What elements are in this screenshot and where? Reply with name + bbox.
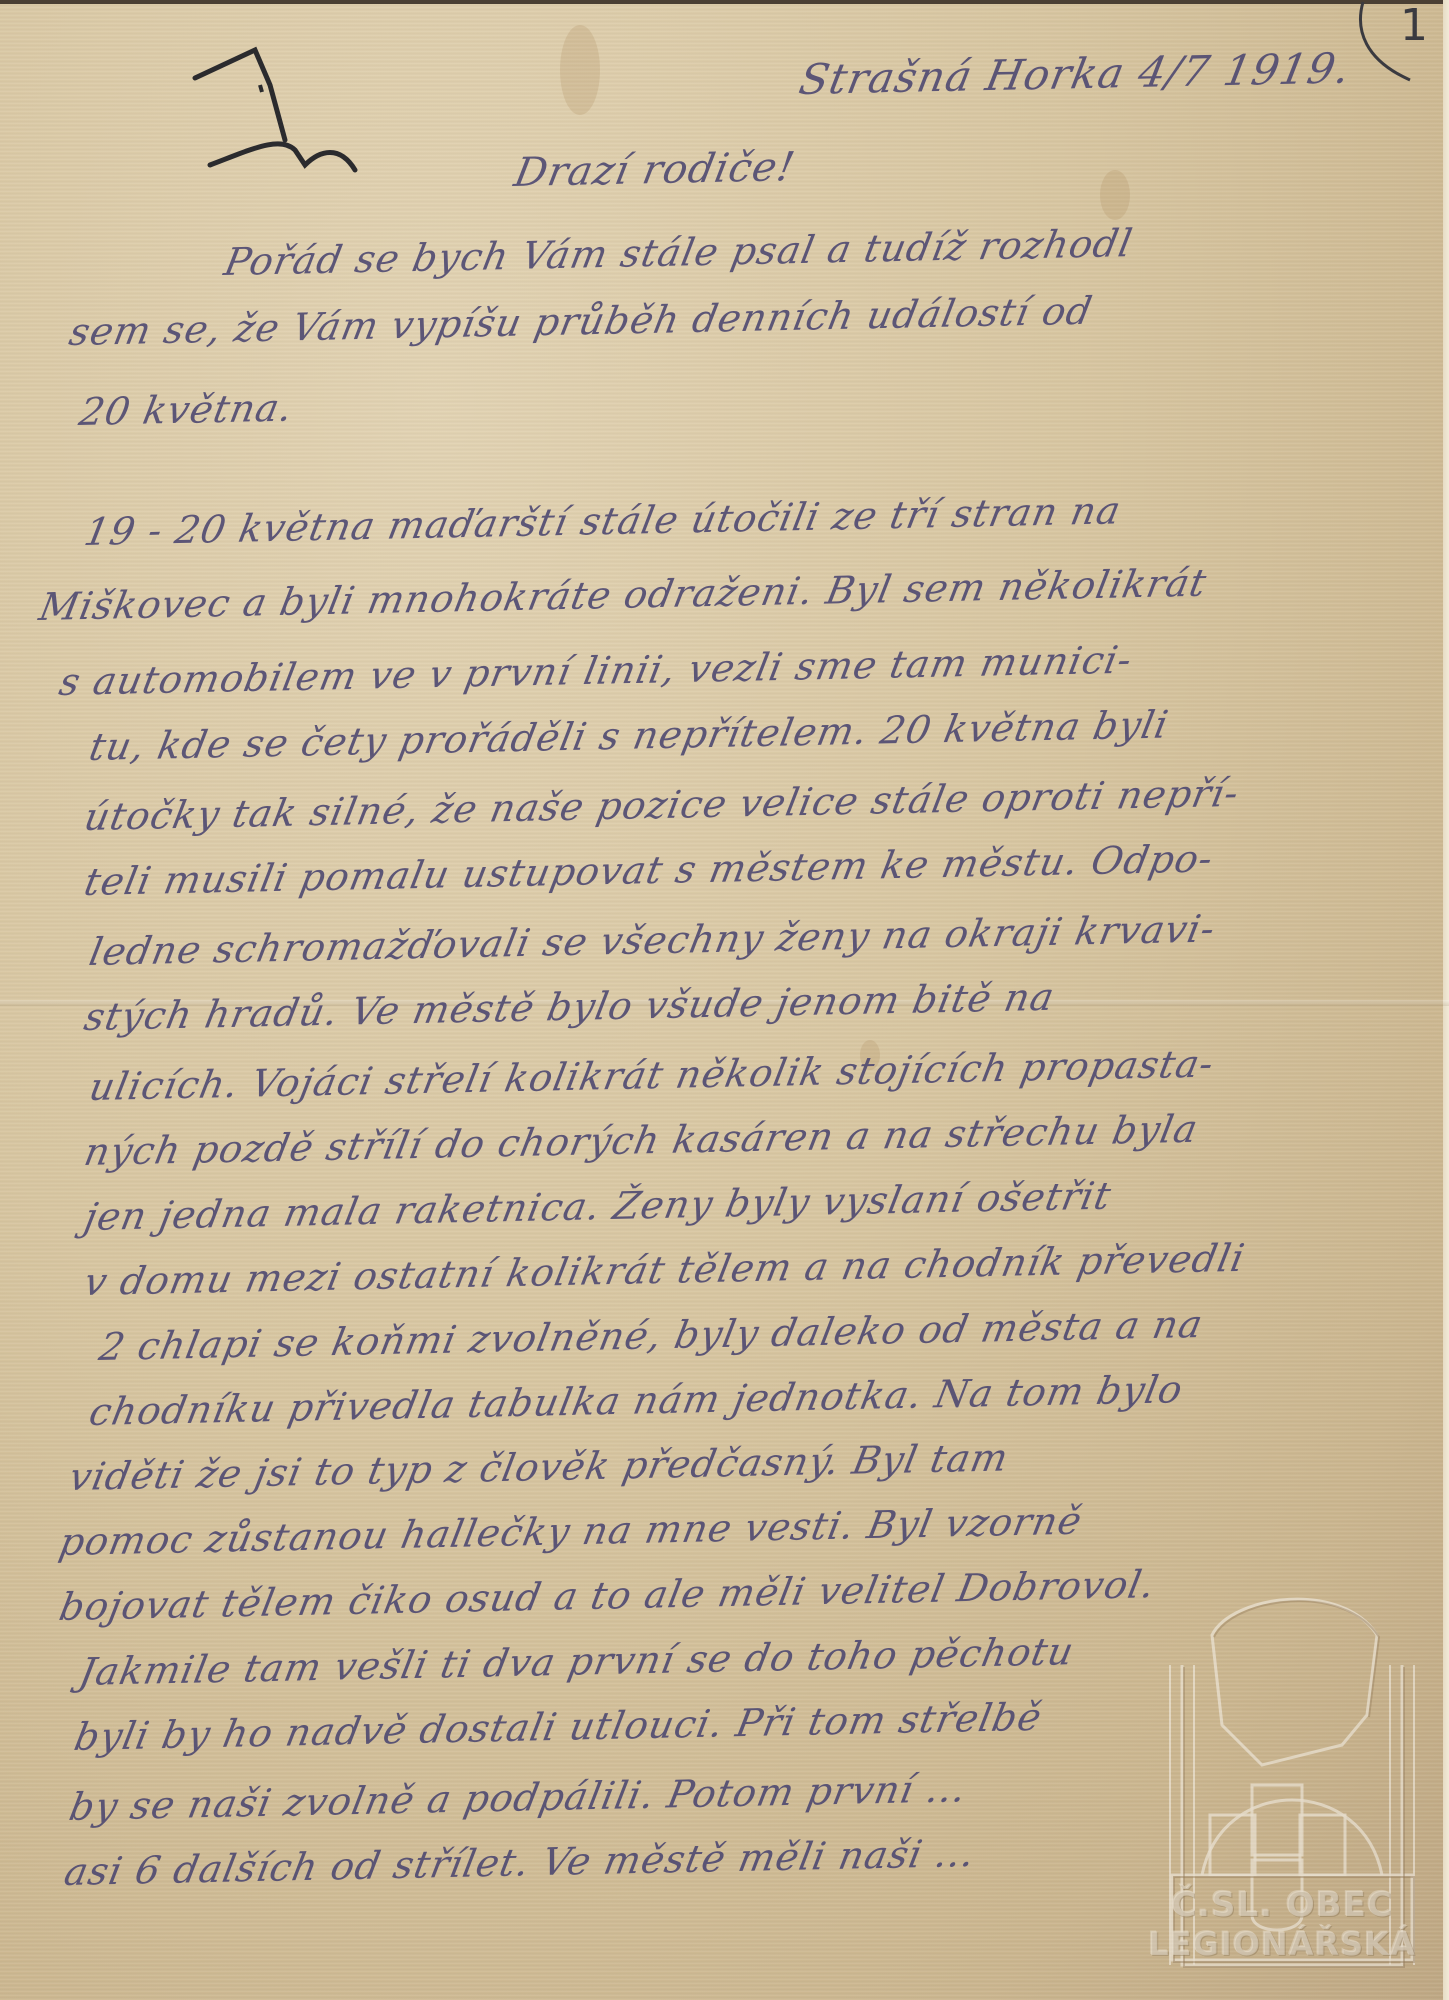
letter-line: Miškovec a byli mnohokráte odraženi. Byl… (36, 561, 1211, 629)
letter-line: by se naši zvolně a podpálili. Potom prv… (66, 1766, 971, 1829)
letter-line: sem se, že Vám vypíšu průběh denních udá… (66, 289, 1097, 354)
scan-top-edge (0, 0, 1449, 4)
letter-line: ledne schromažďovali se všechny ženy na … (86, 907, 1219, 974)
letter-line: ulicích. Vojáci střelí kolikrát několik … (86, 1042, 1218, 1109)
letter-line: tu, kde se čety prořáděli s nepřítelem. … (86, 703, 1173, 769)
letter-line: pomoc zůstanou hallečky na mne vesti. By… (56, 1499, 1086, 1564)
letter-line: útočky tak silné, že naše pozice velice … (81, 771, 1243, 839)
paper-stain (560, 25, 600, 115)
letter-line: jen jedna mala raketnica. Ženy byly vysl… (81, 1174, 1115, 1239)
letter-line: 2 chlapi se koňmi zvolněné, byly daleko … (96, 1302, 1207, 1369)
letter-line: chodníku přivedla tabulka nám jednotka. … (86, 1367, 1187, 1434)
letter-line: viděti že jsi to typ z člověk předčasný.… (66, 1435, 1013, 1499)
salutation: Drazí rodiče! (511, 144, 799, 196)
letter-line: bojovat tělem čiko osud a to ale měli ve… (56, 1562, 1159, 1629)
letter-line: teli musili pomalu ustupovat s městem ke… (81, 836, 1217, 904)
letter-line: byli by ho nadvě dostali utlouci. Při to… (71, 1695, 1046, 1759)
paper-stain (1100, 170, 1130, 220)
letter-line: Jakmile tam vešli ti dva první se do toh… (76, 1629, 1078, 1694)
place-date: Strašná Horka 4/7 1919. (795, 44, 1354, 104)
letter-line: 20 května. (76, 386, 297, 434)
page-number: 1 (1400, 0, 1428, 51)
stamp-text-line2: LEGIONÁŘSKÁ (1142, 1925, 1422, 1963)
legion-emboss-stamp: Č.SL. OBEC LEGIONÁŘSKÁ (1142, 1575, 1422, 1975)
pencil-mark-icon (190, 40, 450, 180)
letter-line: v domu mezi ostatní kolikrát tělem a na … (81, 1236, 1249, 1304)
letter-line: s automobilem ve v první linii, vezli sm… (56, 638, 1136, 704)
letter-line: asi 6 dalších od střílet. Ve městě měli … (61, 1831, 979, 1894)
letter-line: Pořád se bych Vám stále psal a tudíž roz… (221, 221, 1137, 284)
letter-line: ných pozdě střílí do chorých kasáren a n… (81, 1107, 1202, 1174)
letter-line: stých hradů. Ve městě bylo všude jenom b… (81, 975, 1059, 1039)
letter-line: 19 - 20 května maďarští stále útočili ze… (81, 488, 1125, 554)
stamp-text-line1: Č.SL. OBEC (1142, 1885, 1422, 1925)
letter-page: 1 Strašná Horka 4/7 1919. Drazí rodiče! … (0, 0, 1449, 2000)
